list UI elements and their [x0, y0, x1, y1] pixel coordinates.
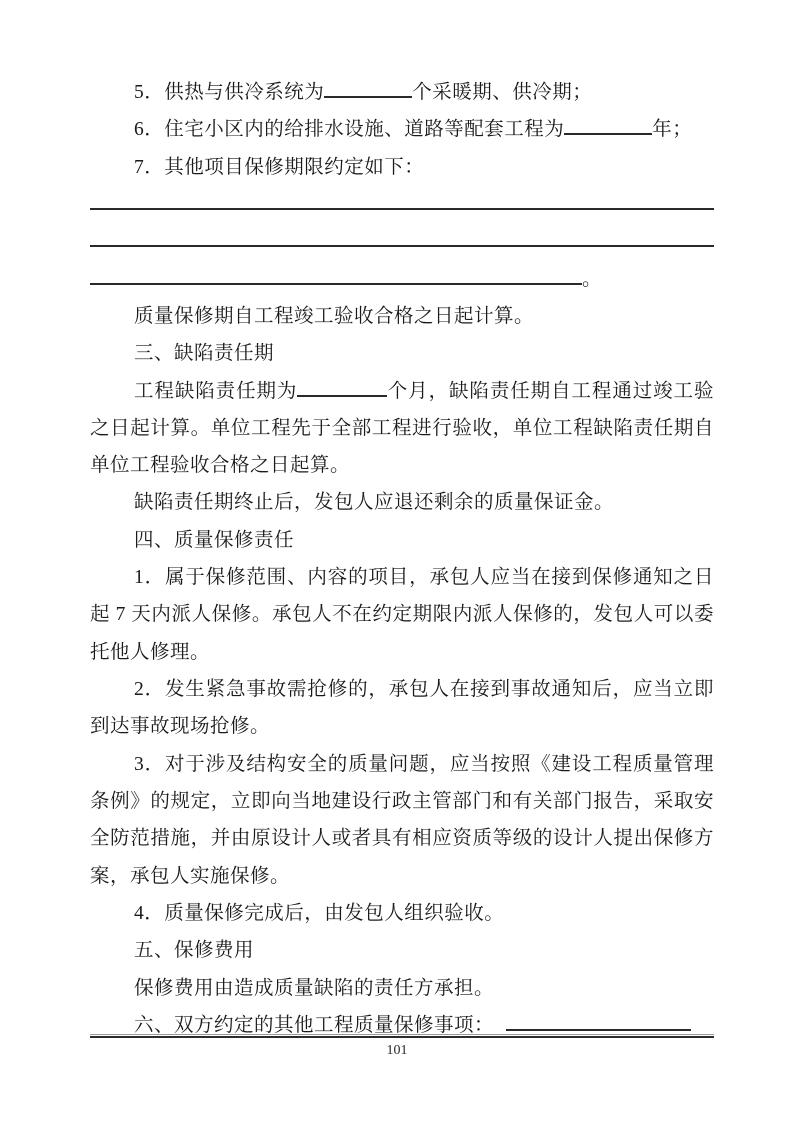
- item-5-heating-cooling: 5．供热与供冷系统为个采暖期、供冷期；: [90, 74, 714, 111]
- footer-divider: [90, 1034, 714, 1038]
- item-4-3-line-4-text: 案，承包人实施保修。: [90, 866, 290, 887]
- item-4-3-line-2: 条例》的规定，立即向当地建设行政主管部门和有关部门报告，采取安: [90, 783, 714, 820]
- write-in-line-3: 。: [90, 261, 714, 298]
- item-4-4-text: 4．质量保修完成后，由发包人组织验收。: [134, 903, 504, 924]
- heading-section-5-text: 五、保修费用: [134, 940, 254, 961]
- para-warranty-fee-text: 保修费用由造成质量缺陷的责任方承担。: [134, 978, 494, 999]
- item-4-3-line-1: 3．对于涉及结构安全的质量问题，应当按照《建设工程质量管理: [90, 746, 714, 783]
- para-defect-liability-end-text: 缺陷责任期终止后，发包人应退还剩余的质量保证金。: [134, 492, 614, 513]
- para-warranty-fee: 保修费用由造成质量缺陷的责任方承担。: [90, 970, 714, 1007]
- para-defect-liability-line-3: 单位工程验收合格之日起算。: [90, 447, 714, 484]
- fill-in-blank[interactable]: [324, 74, 412, 98]
- fill-in-blank[interactable]: [90, 186, 714, 210]
- page-number: 101: [0, 1043, 794, 1059]
- para-defect-liability-line-1: 工程缺陷责任期为个月，缺陷责任期自工程通过竣工验收: [90, 373, 714, 410]
- fill-in-blank[interactable]: [564, 111, 652, 135]
- item-4-3-line-3: 全防范措施，并由原设计人或者具有相应资质等级的设计人提出保修方: [90, 820, 714, 857]
- document-page: 5．供热与供冷系统为个采暖期、供冷期；6．住宅小区内的给排水设施、道路等配套工程…: [0, 0, 794, 1122]
- heading-section-3-text: 三、缺陷责任期: [134, 343, 274, 364]
- item-6-residential-utilities-text: 年；: [652, 119, 692, 140]
- heading-section-4-text: 四、质量保修责任: [134, 530, 294, 551]
- item-4-3-line-2-text: 条例》的规定，立即向当地建设行政主管部门和有关部门报告，采取安: [90, 791, 714, 812]
- para-warranty-period-start-text: 质量保修期自工程竣工验收合格之日起计算。: [134, 306, 534, 327]
- para-defect-liability-end: 缺陷责任期终止后，发包人应退还剩余的质量保证金。: [90, 484, 714, 521]
- item-4-3-line-3-text: 全防范措施，并由原设计人或者具有相应资质等级的设计人提出保修方: [90, 828, 714, 849]
- write-in-line-2: [90, 223, 714, 260]
- item-4-1-line-1-text: 1．属于保修范围、内容的项目，承包人应当在接到保修通知之日: [134, 567, 714, 588]
- heading-section-4: 四、质量保修责任: [90, 522, 714, 559]
- item-4-4: 4．质量保修完成后，由发包人组织验收。: [90, 895, 714, 932]
- heading-section-5: 五、保修费用: [90, 932, 714, 969]
- document-body: 5．供热与供冷系统为个采暖期、供冷期；6．住宅小区内的给排水设施、道路等配套工程…: [90, 74, 714, 1044]
- fill-in-blank[interactable]: [506, 1007, 691, 1031]
- write-in-line-1: [90, 186, 714, 223]
- fill-in-blank[interactable]: [90, 223, 714, 247]
- heading-section-6: 六、双方约定的其他工程质量保修事项：: [90, 1007, 714, 1044]
- item-4-1-line-2-text: 起 7 天内派人保修。承包人不在约定期限内派人保修的，发包人可以委: [90, 604, 714, 625]
- item-4-3-line-1-text: 3．对于涉及结构安全的质量问题，应当按照《建设工程质量管理: [134, 754, 714, 775]
- para-defect-liability-line-2: 之日起计算。单位工程先于全部工程进行验收，单位工程缺陷责任期自: [90, 410, 714, 447]
- item-4-1-line-3: 托他人修理。: [90, 634, 714, 671]
- item-5-heating-cooling-text: 5．供热与供冷系统为: [134, 82, 324, 103]
- item-4-1-line-2: 起 7 天内派人保修。承包人不在约定期限内派人保修的，发包人可以委: [90, 596, 714, 633]
- item-5-heating-cooling-text: 个采暖期、供冷期；: [412, 82, 592, 103]
- para-defect-liability-line-1-text: 工程缺陷责任期为: [134, 381, 297, 402]
- item-4-2-line-1-text: 2．发生紧急事故需抢修的，承包人在接到事故通知后，应当立即: [134, 679, 714, 700]
- item-4-3-line-4: 案，承包人实施保修。: [90, 858, 714, 895]
- para-defect-liability-line-3-text: 单位工程验收合格之日起算。: [90, 455, 350, 476]
- item-4-2-line-2-text: 到达事故现场抢修。: [90, 716, 270, 737]
- item-4-2-line-2: 到达事故现场抢修。: [90, 708, 714, 745]
- spacing-gap: [494, 1030, 506, 1031]
- item-4-2-line-1: 2．发生紧急事故需抢修的，承包人在接到事故通知后，应当立即: [90, 671, 714, 708]
- para-defect-liability-line-2-text: 之日起计算。单位工程先于全部工程进行验收，单位工程缺陷责任期自: [90, 418, 714, 439]
- fill-in-blank[interactable]: [90, 261, 582, 285]
- item-4-1-line-1: 1．属于保修范围、内容的项目，承包人应当在接到保修通知之日: [90, 559, 714, 596]
- item-6-residential-utilities: 6．住宅小区内的给排水设施、道路等配套工程为年；: [90, 111, 714, 148]
- heading-section-6-text: 六、双方约定的其他工程质量保修事项：: [134, 1015, 494, 1036]
- write-in-line-3-text: 。: [582, 269, 602, 290]
- item-7-other-warranty-terms: 7．其他项目保修期限约定如下：: [90, 149, 714, 186]
- item-4-1-line-3-text: 托他人修理。: [90, 642, 210, 663]
- fill-in-blank[interactable]: [297, 373, 387, 397]
- item-7-other-warranty-terms-text: 7．其他项目保修期限约定如下：: [134, 157, 424, 178]
- item-6-residential-utilities-text: 6．住宅小区内的给排水设施、道路等配套工程为: [134, 119, 564, 140]
- para-warranty-period-start: 质量保修期自工程竣工验收合格之日起计算。: [90, 298, 714, 335]
- heading-section-3: 三、缺陷责任期: [90, 335, 714, 372]
